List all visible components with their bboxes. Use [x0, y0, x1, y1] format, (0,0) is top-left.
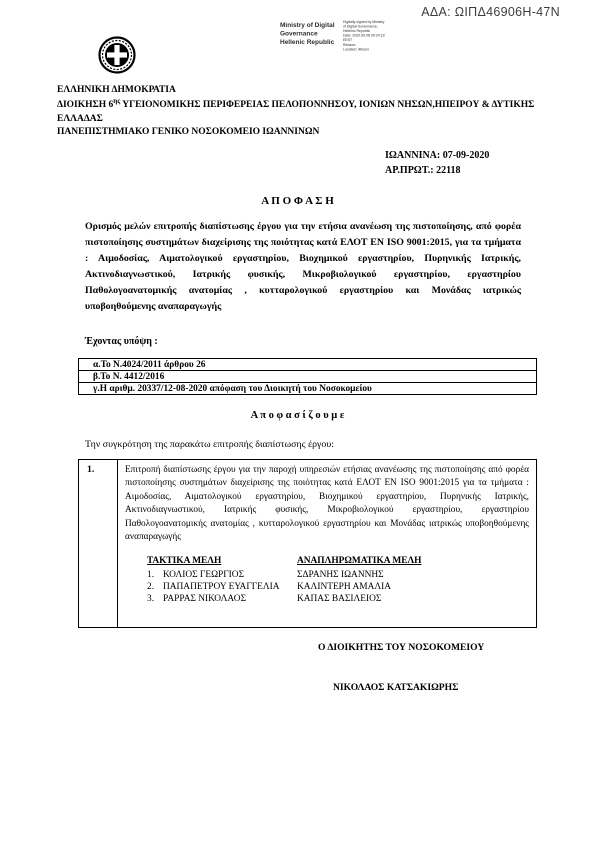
member-name: ΚΟΛΙΟΣ ΓΕΩΡΓΙΟΣ — [163, 570, 244, 580]
committee-cell: Επιτροπή διαπίστωσης έργου για την παροχ… — [118, 460, 536, 627]
regular-members-header: ΤΑΚΤΙΚΑ ΜΕΛΗ — [147, 556, 297, 566]
decision-subject: Ορισμός μελών επιτροπής διαπίστωσης έργο… — [85, 219, 521, 315]
regular-member: 3.ΡΑΡΡΑΣ ΝΙΚΟΛΑΟΣ — [147, 594, 297, 604]
members-grid: ΤΑΚΤΙΚΑ ΜΕΛΗ ΑΝΑΠΛΗΡΩΜΑΤΙΚΑ ΜΕΛΗ 1.ΚΟΛΙΟ… — [147, 556, 529, 604]
member-name: ΚΑΠΑΣ ΒΑΣΙΛΕΙΟΣ — [297, 594, 381, 604]
signatory-title: Ο ΔΙΟΙΚΗΤΗΣ ΤΟΥ ΝΟΣΟΚΟΜΕΙΟΥ — [318, 642, 484, 653]
regular-member: 1.ΚΟΛΙΟΣ ΓΕΩΡΓΙΟΣ — [147, 570, 297, 580]
decision-title: Α Π Ο Φ Α Σ Η — [0, 195, 595, 207]
member-name: ΣΔΡΑΝΗΣ ΙΩΑΝΝΗΣ — [297, 570, 384, 580]
document-page: ΑΔΑ: ΩΙΠΔ46906Η-47Ν Ministry of Digital … — [0, 0, 595, 842]
member-name: ΡΑΡΡΑΣ ΝΙΚΟΛΑΟΣ — [163, 594, 246, 604]
decide-intro: Την συγκρότηση της παρακάτω επιτροπής δι… — [85, 439, 334, 450]
agency-header-line1: ΕΛΛΗΝΙΚΗ ΔΗΜΟΚΡΑΤΙΑ — [57, 84, 535, 97]
city-date: ΙΩΑΝΝΙΝΑ: 07-09-2020 — [385, 149, 489, 164]
ada-code: ΑΔΑ: ΩΙΠΔ46906Η-47Ν — [0, 5, 560, 19]
member-name: ΚΑΛΙΝΤΕΡΗ ΑΜΑΛΙΑ — [297, 582, 391, 592]
member-name: ΠΑΠΑΠΕΤΡΟΥ ΕΥΑΓΓΕΛΙΑ — [163, 582, 280, 592]
committee-row-number: 1. — [79, 460, 118, 627]
having-regard-label: Έχοντας υπόψη : — [85, 336, 158, 347]
agency-header-line2: ΔΙΟΙΚΗΣΗ 6ης ΥΓΕΙΟΝΟΜΙΚΗΣ ΠΕΡΙΦΕΡΕΙΑΣ ΠΕ… — [57, 97, 535, 126]
substitute-member: ΣΔΡΑΝΗΣ ΙΩΑΝΝΗΣ — [297, 570, 529, 580]
decide-heading: Α π ο φ α σ ί ζ ο υ μ ε — [0, 410, 595, 421]
substitute-members-header: ΑΝΑΠΛΗΡΩΜΑΤΙΚΑ ΜΕΛΗ — [297, 556, 529, 566]
committee-table: 1. Επιτροπή διαπίστωσης έργου για την πα… — [78, 459, 537, 628]
signatory-name: ΝΙΚΟΛΑΟΣ ΚΑΤΣΑΚΙΩΡΗΣ — [333, 682, 458, 693]
member-number: 2. — [147, 582, 163, 592]
digital-signature-details: Digitally signed by Ministry of Digital … — [343, 20, 417, 52]
substitute-member: ΚΑΠΑΣ ΒΑΣΙΛΕΙΟΣ — [297, 594, 529, 604]
date-protocol-block: ΙΩΑΝΝΙΝΑ: 07-09-2020 ΑΡ.ΠΡΩΤ.: 22118 — [385, 149, 489, 178]
member-number: 3. — [147, 594, 163, 604]
agency-header-line3: ΠΑΝΕΠΙΣΤΗΜΙΑΚΟ ΓΕΝΙΚΟ ΝΟΣΟΚΟΜΕΙΟ ΙΩΑΝΝΙΝ… — [57, 126, 535, 139]
substitute-member: ΚΑΛΙΝΤΕΡΗ ΑΜΑΛΙΑ — [297, 582, 529, 592]
committee-description: Επιτροπή διαπίστωσης έργου για την παροχ… — [125, 464, 529, 544]
member-number: 1. — [147, 570, 163, 580]
hellenic-republic-emblem-icon — [98, 36, 136, 74]
protocol-number: ΑΡ.ΠΡΩΤ.: 22118 — [385, 164, 489, 179]
references-table: α.Το Ν.4024/2011 άρθρου 26 β.Το Ν. 4412/… — [78, 358, 537, 395]
digital-signature-ministry-label: Ministry of Digital Governance Hellenic … — [280, 21, 350, 46]
agency-header: ΕΛΛΗΝΙΚΗ ΔΗΜΟΚΡΑΤΙΑ ΔΙΟΙΚΗΣΗ 6ης ΥΓΕΙΟΝΟ… — [57, 84, 535, 139]
regular-member: 2.ΠΑΠΑΠΕΤΡΟΥ ΕΥΑΓΓΕΛΙΑ — [147, 582, 297, 592]
reference-row: γ.Η αριθμ. 20337/12-08-2020 απόφαση του … — [78, 382, 537, 395]
